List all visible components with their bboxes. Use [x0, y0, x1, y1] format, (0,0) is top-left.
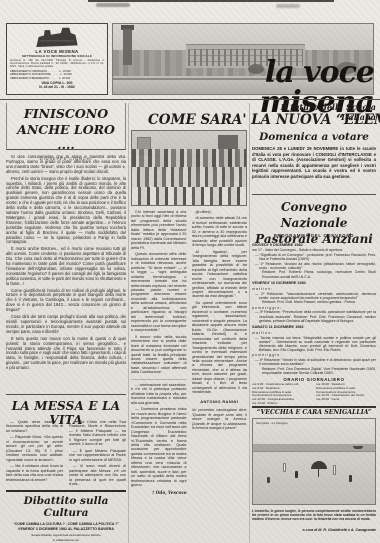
beach-photo-caption: L'ombrello, le gonne lunghe, le persone … [252, 509, 376, 526]
photo-figure [283, 463, 286, 472]
schedule-line: Relatore: Prof. Roberto Paras, sociologo… [252, 270, 376, 278]
paragraph: Come giustificherà l'esodo di tre milion… [6, 289, 126, 314]
elementare-column-a: Chi intende accertarsi a che punto si tr… [131, 210, 187, 543]
schedule-line: VENERDI' 10 DICEMBRE 1982 [252, 281, 376, 286]
paragraph: — Risponde Gesù: «Da questo vi riconosce… [6, 435, 63, 462]
orario-line: ore 20,00 : Cena [316, 398, 376, 402]
author-signature: ANTONIO RANINI [192, 400, 248, 405]
photo-front-row [132, 187, 246, 205]
schedule-line: — 3ª Relazione: “Prevenzione della croni… [252, 310, 376, 323]
article-messa-body: — Quale deve essere la fisionomia specif… [6, 420, 126, 487]
photo-middle-row [132, 167, 246, 189]
orario-table: ore 9,00 : Celebrazione delle Lodiore 9,… [252, 383, 376, 405]
dibattito-date-venue: VENERDI' 3 DICEMBRE 1982 AL PALAZZETTO B… [6, 527, 126, 531]
schedule-line: — 1ª Relazione: “Anziani ad alto rischio… [252, 262, 376, 270]
paragraph: gli ultimi); [192, 210, 248, 214]
program-header: PROGRAMMA DEL CONVEGNO [252, 233, 376, 238]
beach-photo-label: Senigallia - La Spiaggia [256, 421, 288, 425]
photo-figure [349, 475, 352, 482]
convegno-title-line1: Convegno Nazionale [252, 199, 376, 231]
article-elementare-lead: DOMENICA 28 e LUNEDI' 29 NOVEMBRE in tut… [252, 146, 376, 192]
photo-figure [267, 477, 270, 483]
article-finiscono-title-line2: ANCHE LORO .... [7, 122, 125, 153]
bishop-signature: † Odo, Vescovo [131, 491, 187, 496]
article-elementare-headline: COME SARA' LA NUOVA “ELEMENTARE” ? [148, 112, 378, 128]
paragraph: — Domenica prossima inizia un nuovo anno… [131, 407, 187, 487]
schedule-line: — Tavola rotonda sul tema: “Marginalità … [252, 336, 376, 353]
paper-tagline: SETTIMANALE DI INFORMAZIONE SOCIALE [10, 54, 104, 58]
schedule-line: pomeriggio: [252, 353, 376, 357]
messa-continuation: ... celebrazione del sacerdote; e c'è ch… [131, 379, 187, 488]
section-rule-thick [252, 406, 376, 408]
paragraph: È morto anche Breznev... ed è morto come… [6, 247, 126, 286]
orario-right-column: ore 16,00 : RelazioniDiscussione pubblic… [316, 383, 376, 405]
dibattito-collab-label: in collaborazione con [6, 538, 126, 542]
elementare-column-b: gli ultimi);di aumento delle attuali 24 … [192, 210, 248, 543]
article-finiscono-body: Si dice comunemente che la storia è maes… [6, 155, 126, 390]
dibattito-title: Dibattito sulla Cultura [6, 495, 126, 519]
senigallia-caption: “VECCHIA E CARA SENIGALLIA” [252, 409, 376, 416]
subscription-rates: ABBONAMENTO ORDINARIO . . . . . . . . L.… [10, 70, 104, 81]
schedule-line: GIOVEDI' 9 DICEMBRE 1982 [252, 243, 376, 248]
schedule-line: — 2ª Relazione: “Vascolarizzazione cereb… [252, 292, 376, 300]
rocca-logo-icon [34, 26, 80, 48]
schedule-line: Relatore: Prof. Dott. Mario Passeri, med… [252, 300, 376, 304]
masthead-info-box: LA VOCE MISENA SETTIMANALE DI INFORMAZIO… [6, 23, 108, 95]
dibattito-organizer: Serata-Dibattito organizzata da Federazi… [6, 533, 126, 537]
photo-credit: a cura di M. R. Giraldinetti e A. Casagr… [252, 528, 376, 532]
elementare-text-b: gli ultimi);di aumento delle attuali 24 … [192, 210, 248, 395]
elementare-text-a: Chi intende accertarsi a che punto si tr… [131, 210, 187, 375]
paragraph: Cosa dirà dei tanti campi profughi dovut… [6, 315, 126, 335]
subscription-rate: ABBONAMENTO BENEMERITO . . . . . . L. 20… [10, 77, 104, 81]
column-divider [128, 103, 129, 543]
column-divider [249, 103, 250, 543]
paragraph: — Quale deve essere la fisionomia specif… [6, 420, 63, 433]
schedule-line: pomeriggio: [252, 306, 376, 310]
paragraph: Si dice comunemente che la storia è maes… [6, 155, 126, 175]
paragraph: — Da Cristo che nella Sua Passione, Mort… [69, 420, 126, 447]
paragraph: Chi intende accertarsi a che punto si tr… [131, 210, 187, 250]
dibattito-theme: “COME CAMBIA LA CULTURA ? - COME CAMBIA … [6, 522, 126, 526]
schedule-line: mattino: [252, 331, 376, 335]
section-rule [252, 194, 376, 195]
article-elementare-subhead: Domenica a votare [252, 131, 376, 143]
program-schedule: GIOVEDI' 9 DICEMBRE 1982ore 17 : Inizio … [252, 240, 376, 375]
paragraph: Perché la storia insegna che è inutile i… [6, 177, 126, 246]
paragraph: Su questi orientamenti sono già interven… [192, 301, 248, 395]
paragraph: Questo documento offre delle indicazioni… [131, 252, 187, 332]
paragraph: — È quel Mistero Pasquale che noi rappre… [69, 449, 126, 462]
messa-column-2: — Da Cristo che nella Sua Passione, Mort… [69, 420, 126, 487]
paragraph: Il nuovo volto della scuola elementare c… [131, 335, 187, 375]
paragraph: — Vi sono modi diversi di partecipare al… [69, 464, 126, 486]
masthead-fine-print: Iscrizione N. 280 del 23-2-1965 Tribunal… [10, 59, 104, 69]
schedule-line: SABATO 11 DICEMBRE 1982 [252, 325, 376, 330]
dibattito-box: Dibattito sulla Cultura “COME CAMBIA LA … [6, 490, 126, 543]
schedule-line: ore 17 : Inizio del Convegno - Saluto e … [252, 248, 376, 252]
issue-number: N. 43 del 21 - XI - 1982 [10, 85, 104, 89]
proverb-note: Un proverbio cambogiano dice: “Quando le… [192, 408, 248, 430]
paragraph: ... celebrazione del sacerdote; e c'è ch… [131, 383, 187, 405]
paragraph: — Ma il cristiano dove trova la capacità… [6, 464, 63, 482]
paragraph: Al riguardo, per l'insegnamento della re… [192, 250, 248, 299]
scan-mark-topline [88, 0, 334, 2]
paragraph: di aumento delle attuali 24 ore di lezio… [192, 216, 248, 247]
photo-boat [353, 446, 363, 449]
masthead-rule [0, 99, 380, 100]
orario-line: ore 13,00 : Pranzo [252, 402, 312, 405]
schedule-line: — 4ª Relazione: “Vecchi in stato di soli… [252, 358, 376, 366]
panorama-bell-tower [123, 29, 132, 65]
newspaper-page: LA VOCE MISENA SETTIMANALE DI INFORMAZIO… [0, 0, 380, 543]
scan-smudge [96, 3, 130, 7]
article-finiscono-headline-box: FINISCONO ANCHE LORO .... GIUSEPPE CIONC… [6, 103, 126, 150]
section-rule [6, 394, 126, 395]
paragraph: E tutto questo non muore con la morte di… [6, 337, 126, 371]
photo-umbrella [311, 461, 327, 469]
scan-smudge [276, 4, 300, 8]
messa-column-1: — Quale deve essere la fisionomia specif… [6, 420, 63, 487]
beach-photo: Senigallia - La Spiaggia [252, 418, 376, 505]
article-elementare-body: Chi intende accertarsi a che punto si tr… [131, 210, 247, 543]
article-finiscono-title-line1: FINISCONO [7, 106, 125, 122]
schoolchildren-photo [131, 130, 247, 206]
photo-figure [295, 471, 298, 478]
schedule-line: — “Significato di un Convegno” - prolusi… [252, 253, 376, 261]
orario-header: ORARIO GIORNALIERO [252, 377, 376, 382]
photo-figure [333, 465, 336, 475]
schedule-line: mattino: [252, 287, 376, 291]
orario-left-column: ore 9,00 : Celebrazione delle Lodiore 9,… [252, 383, 312, 405]
schedule-line: Relatore: Prof. Don Domenico Ziglioli, V… [252, 367, 376, 375]
